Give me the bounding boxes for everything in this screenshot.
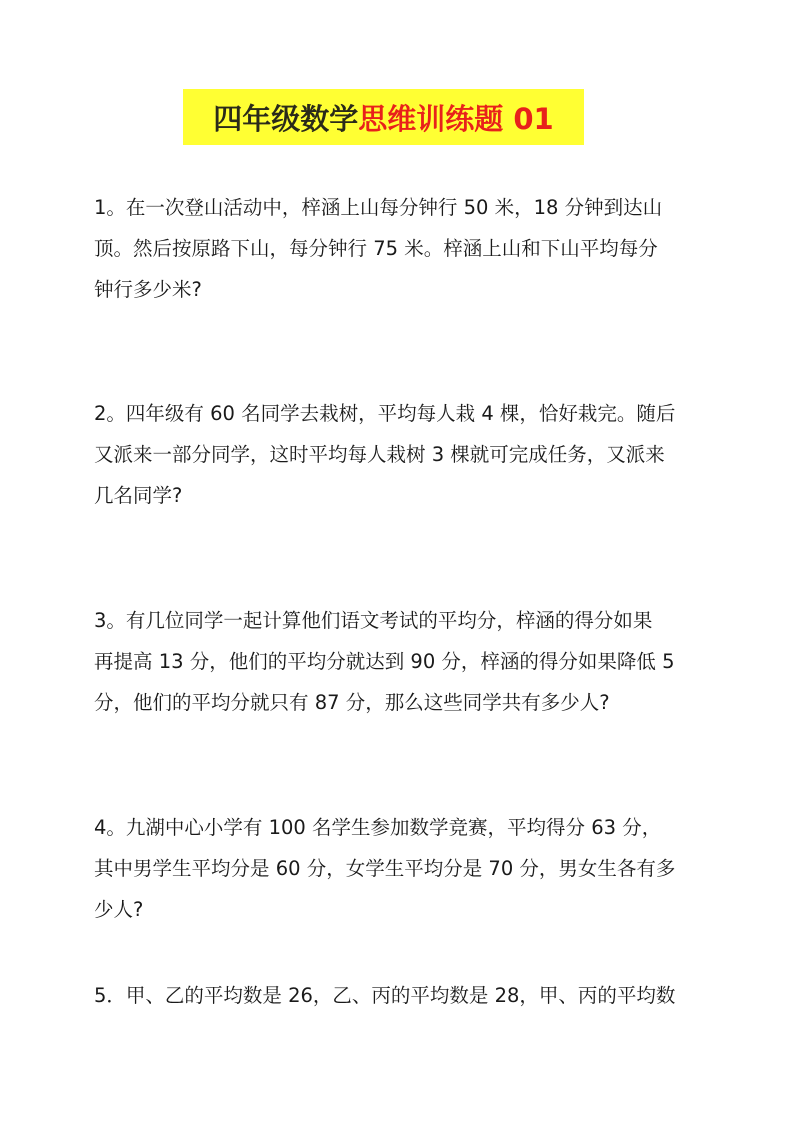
question-line: 几名同学?	[94, 475, 684, 516]
worksheet-title: 四年级数学思维训练题 01	[183, 89, 584, 145]
question-line: 顶。然后按原路下山，每分钟行 75 米。梓涵上山和下山平均每分	[94, 228, 684, 269]
question-4: 4。九湖中心小学有 100 名学生参加数学竞赛，平均得分 63 分， 其中男学生…	[94, 807, 684, 930]
question-line: 4。九湖中心小学有 100 名学生参加数学竞赛，平均得分 63 分，	[94, 807, 684, 848]
question-line: 3。有几位同学一起计算他们语文考试的平均分，梓涵的得分如果	[94, 600, 684, 641]
question-line: 又派来一部分同学，这时平均每人栽树 3 棵就可完成任务，又派来	[94, 434, 684, 475]
title-grade-subject: 四年级数学	[213, 97, 358, 138]
question-line: 钟行多少米?	[94, 269, 684, 310]
question-line: 2。四年级有 60 名同学去栽树，平均每人栽 4 棵，恰好栽完。随后	[94, 393, 684, 434]
question-3: 3。有几位同学一起计算他们语文考试的平均分，梓涵的得分如果 再提高 13 分，他…	[94, 600, 684, 723]
question-line: 5．甲、乙的平均数是 26，乙、丙的平均数是 28，甲、丙的平均数	[94, 975, 684, 1016]
question-line: 再提高 13 分，他们的平均分就达到 90 分，梓涵的得分如果降低 5	[94, 641, 684, 682]
question-line: 其中男学生平均分是 60 分，女学生平均分是 70 分，男女生各有多	[94, 848, 684, 889]
question-line: 1。在一次登山活动中，梓涵上山每分钟行 50 米，18 分钟到达山	[94, 187, 684, 228]
question-line: 分，他们的平均分就只有 87 分，那么这些同学共有多少人?	[94, 682, 684, 723]
question-5: 5．甲、乙的平均数是 26，乙、丙的平均数是 28，甲、丙的平均数	[94, 975, 684, 1016]
question-2: 2。四年级有 60 名同学去栽树，平均每人栽 4 棵，恰好栽完。随后 又派来一部…	[94, 393, 684, 516]
title-training: 思维训练题 01	[358, 97, 553, 138]
question-1: 1。在一次登山活动中，梓涵上山每分钟行 50 米，18 分钟到达山 顶。然后按原…	[94, 187, 684, 310]
question-line: 少人?	[94, 889, 684, 930]
